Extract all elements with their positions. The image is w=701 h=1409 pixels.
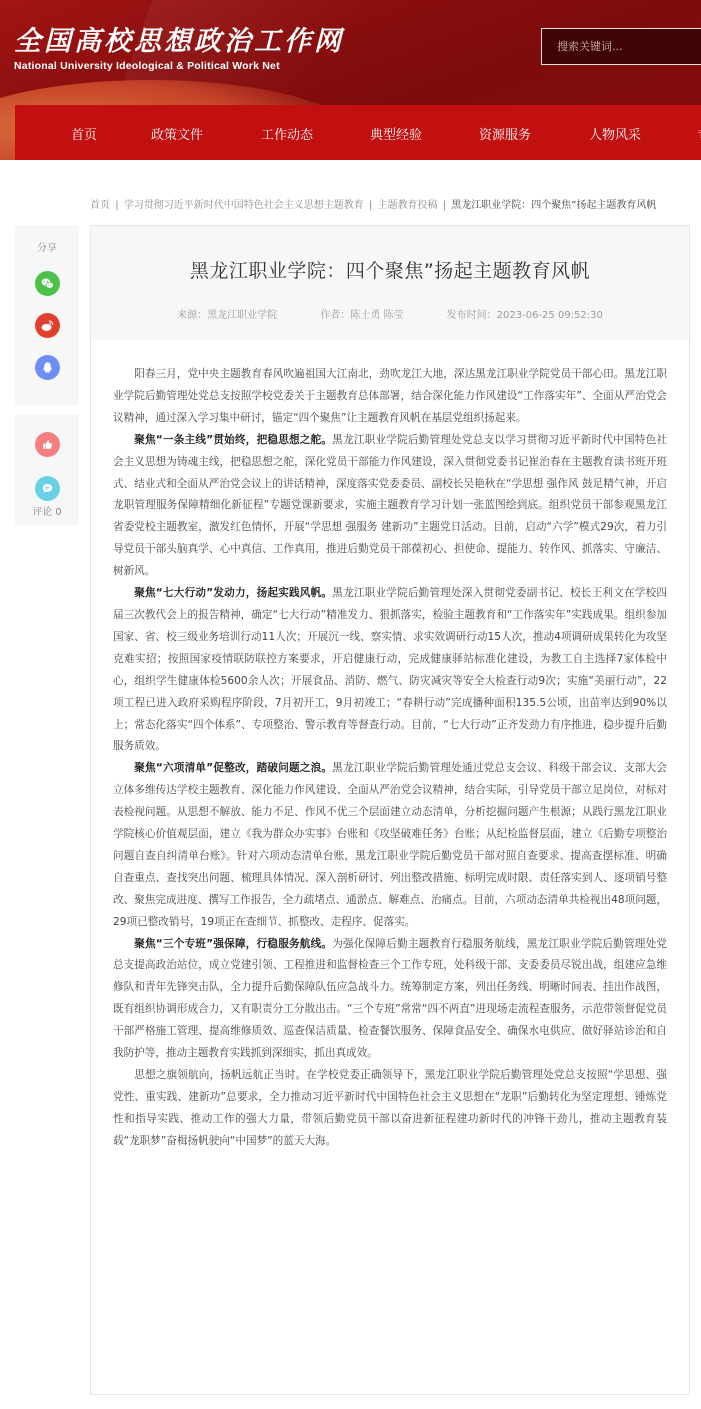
nav-item-2[interactable]: 工作动态 — [261, 124, 313, 143]
paragraph-lead: 聚焦“一条主线”贯始终，把稳思想之舵。 — [134, 434, 332, 446]
wechat-icon — [40, 276, 55, 291]
nav-item-0[interactable]: 首页 — [71, 124, 97, 143]
paragraph-text: 黑龙江职业学院后勤管理处通过党总支会议、科级干部会议、支部大会立体多维传达学校主… — [113, 762, 667, 927]
article-paragraph: 聚焦“六项清单”促整改，踏破问题之浪。黑龙江职业学院后勤管理处通过党总支会议、科… — [113, 758, 667, 933]
nav-item-3[interactable]: 典型经验 — [370, 124, 422, 143]
paragraph-text: 阳春三月，党中央主题教育春风吹遍祖国大江南北，劲吹龙江大地，深达黑龙江职业学院党… — [113, 368, 667, 424]
paragraph-text: 思想之旗领航向，扬帆远航正当时。在学校党委正确领导下，黑龙江职业学院后勤管理处党… — [113, 1069, 667, 1147]
breadcrumb-current: 黑龙江职业学院：四个聚焦”扬起主题教育风帆 — [451, 200, 656, 211]
article-source: 来源：黑龙江职业学院 — [177, 310, 277, 321]
article-header: 黑龙江职业学院：四个聚焦”扬起主题教育风帆 来源：黑龙江职业学院 作者：陈士勇 … — [91, 226, 689, 340]
paragraph-lead: 聚焦“七大行动”发动力，扬起实践风帆。 — [134, 587, 332, 599]
article-paragraph: 聚焦“七大行动”发动力，扬起实践风帆。黑龙江职业学院后勤管理处深入贯彻党委副书记… — [113, 583, 667, 758]
main-nav: 首页政策文件工作动态典型经验资源服务人物风采专 — [15, 105, 701, 160]
breadcrumb-separator: | — [443, 200, 446, 211]
breadcrumb-separator: | — [115, 200, 118, 211]
article-author: 作者：陈士勇 陈莹 — [320, 310, 403, 321]
share-wechat-button[interactable] — [35, 271, 60, 296]
breadcrumb-home[interactable]: 首页 — [90, 200, 110, 211]
qq-penguin-icon — [40, 360, 55, 375]
breadcrumb-separator: | — [369, 200, 372, 211]
comment-bubble-icon — [40, 481, 55, 496]
paragraph-text: 黑龙江职业学院后勤管理处党总支以学习贯彻习近平新时代中国特色社会主义思想为铸魂主… — [113, 434, 667, 577]
like-button[interactable] — [35, 432, 60, 457]
paragraph-text: 黑龙江职业学院后勤管理处深入贯彻党委副书记、校长王利文在学校四届三次教代会上的报… — [113, 587, 667, 752]
nav-item-1[interactable]: 政策文件 — [151, 124, 203, 143]
comment-count[interactable]: 评论 0 — [15, 503, 79, 518]
article-publish-time: 发布时间：2023-06-25 09:52:30 — [447, 310, 603, 321]
article: 黑龙江职业学院：四个聚焦”扬起主题教育风帆 来源：黑龙江职业学院 作者：陈士勇 … — [90, 225, 690, 1395]
logo-chinese-title: 全国高校思想政治工作网 — [14, 26, 344, 58]
article-title: 黑龙江职业学院：四个聚焦”扬起主题教育风帆 — [91, 258, 689, 284]
nav-item-5[interactable]: 人物风采 — [589, 124, 641, 143]
article-body: 阳春三月，党中央主题教育春风吹遍祖国大江南北，劲吹龙江大地，深达黑龙江职业学院党… — [91, 340, 689, 1153]
weibo-icon — [40, 318, 55, 333]
search-input[interactable] — [542, 29, 701, 64]
search-box — [541, 28, 701, 65]
breadcrumb: 首页 | 学习贯彻习近平新时代中国特色社会主义思想主题教育 | 主题教育投稿 |… — [90, 196, 656, 211]
nav-item-6[interactable]: 专 — [697, 124, 701, 143]
article-paragraph: 聚焦“一条主线”贯始终，把稳思想之舵。黑龙江职业学院后勤管理处党总支以学习贯彻习… — [113, 430, 667, 583]
comment-button[interactable] — [35, 476, 60, 501]
article-paragraph: 聚焦“三个专班”强保障，行稳服务航线。为强化保障后勤主题教育行稳服务航线，黑龙江… — [113, 934, 667, 1065]
paragraph-lead: 聚焦“三个专班”强保障，行稳服务航线。 — [134, 938, 332, 950]
site-header: 全国高校思想政治工作网 National University Ideologi… — [0, 0, 701, 160]
breadcrumb-theme-education[interactable]: 学习贯彻习近平新时代中国特色社会主义思想主题教育 — [124, 200, 364, 211]
share-panel: 分享 — [15, 225, 79, 405]
share-weibo-button[interactable] — [35, 313, 60, 338]
breadcrumb-submissions[interactable]: 主题教育投稿 — [378, 200, 438, 211]
paragraph-text: 为强化保障后勤主题教育行稳服务航线，黑龙江职业学院后勤管理处党总支提高政治站位，… — [113, 938, 667, 1060]
site-logo[interactable]: 全国高校思想政治工作网 National University Ideologi… — [14, 26, 344, 72]
share-qq-button[interactable] — [35, 355, 60, 380]
share-label: 分享 — [15, 239, 79, 254]
article-paragraph: 思想之旗领航向，扬帆远航正当时。在学校党委正确领导下，黑龙江职业学院后勤管理处党… — [113, 1065, 667, 1153]
nav-item-4[interactable]: 资源服务 — [479, 124, 531, 143]
action-panel: 评论 0 — [15, 415, 79, 525]
logo-english-title: National University Ideological & Politi… — [14, 60, 344, 72]
article-paragraph: 阳春三月，党中央主题教育春风吹遍祖国大江南北，劲吹龙江大地，深达黑龙江职业学院党… — [113, 364, 667, 430]
paragraph-lead: 聚焦“六项清单”促整改，踏破问题之浪。 — [134, 762, 332, 774]
thumbs-up-icon — [40, 437, 55, 452]
article-meta: 来源：黑龙江职业学院 作者：陈士勇 陈莹 发布时间：2023-06-25 09:… — [91, 306, 689, 321]
